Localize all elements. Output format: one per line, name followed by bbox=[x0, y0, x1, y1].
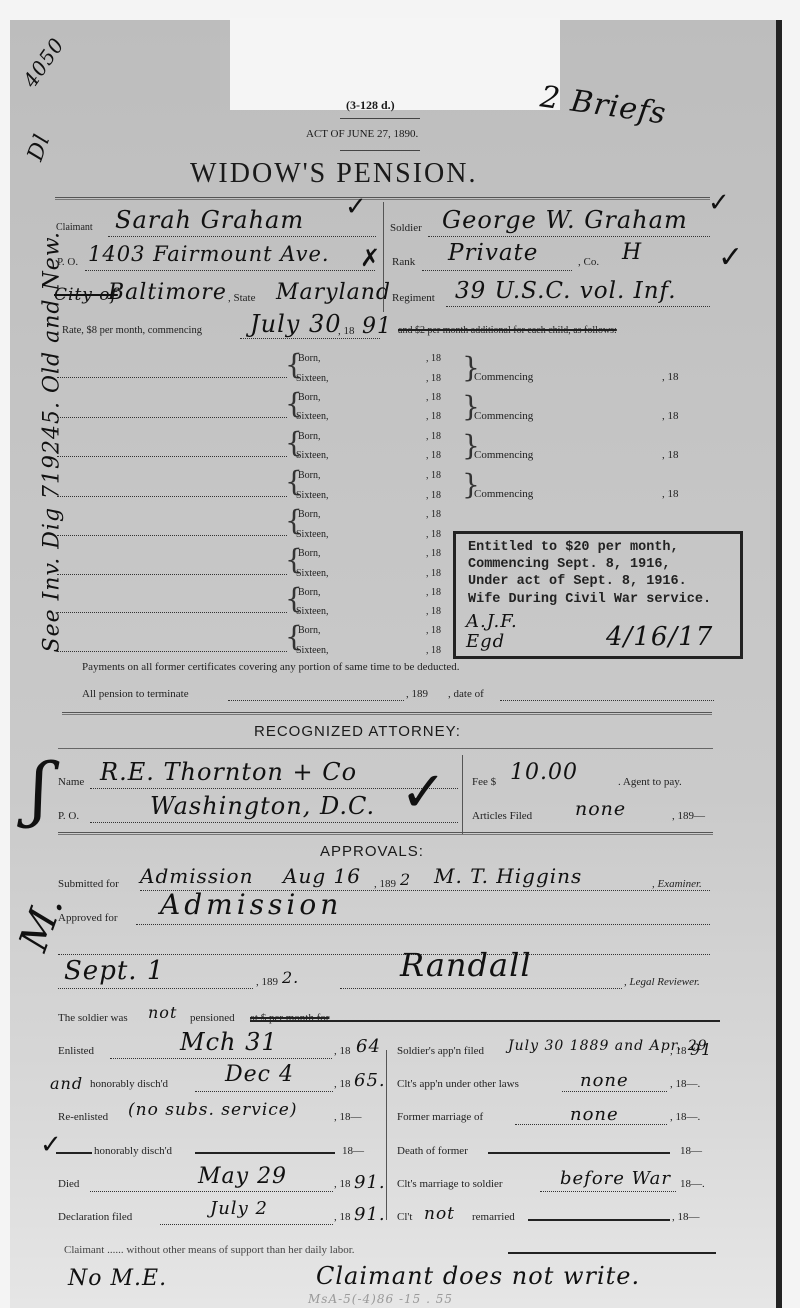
submitted-label: Submitted for bbox=[58, 878, 119, 890]
declaration-label: Declaration filed bbox=[58, 1211, 132, 1223]
check-mark: ✗ bbox=[360, 244, 380, 272]
examiner-label: , Examiner. bbox=[652, 878, 702, 890]
soldier-app-year: 91 bbox=[690, 1040, 712, 1059]
attorney-name-label: Name bbox=[58, 776, 84, 788]
other-laws-year: , 18—. bbox=[670, 1078, 700, 1090]
soldier-label: Soldier bbox=[390, 222, 422, 234]
stamp-initials: A.J.F. Egd bbox=[466, 612, 546, 652]
rule bbox=[62, 712, 712, 715]
increase-stamp: Entitled to $20 per month, Commencing Se… bbox=[453, 531, 743, 659]
pensioned-suffix: pensioned bbox=[190, 1012, 235, 1024]
strike-line bbox=[528, 1219, 670, 1221]
city-value: Baltimore bbox=[108, 280, 227, 305]
archive-stamp: MsA-5(-4)86 -15 . 55 bbox=[308, 1292, 453, 1306]
field-line bbox=[85, 270, 375, 271]
legal-reviewer-label: , Legal Reviewer. bbox=[624, 976, 700, 988]
field-line bbox=[110, 1058, 332, 1059]
field-line bbox=[500, 700, 714, 701]
died-year-prefix: , 18 bbox=[334, 1178, 351, 1190]
submitted-year-prefix: , 189 bbox=[374, 878, 396, 890]
discharged2-label: honorably disch'd bbox=[94, 1145, 172, 1157]
remarried-year: , 18— bbox=[672, 1211, 700, 1223]
rate-year-prefix: , 18 bbox=[338, 325, 355, 337]
field-line bbox=[562, 1091, 667, 1092]
attorney-po-label: P. O. bbox=[58, 810, 79, 822]
attorney-bracket-mark: ʃ bbox=[30, 748, 50, 830]
enlisted-value: Mch 31 bbox=[180, 1028, 278, 1056]
pensioned-prefix: The soldier was bbox=[58, 1012, 128, 1024]
former-marriage-value: none bbox=[570, 1104, 619, 1125]
check-mark: ✓ bbox=[345, 192, 367, 222]
marriage-label: Clt's marriage to soldier bbox=[397, 1178, 503, 1190]
discharged2-year: 18— bbox=[342, 1145, 364, 1157]
paper-tab bbox=[230, 18, 560, 110]
remarried-value: not bbox=[424, 1204, 455, 1224]
regiment-value: 39 U.S.C. vol. Inf. bbox=[455, 278, 677, 304]
died-label: Died bbox=[58, 1178, 79, 1190]
soldier-value: George W. Graham bbox=[442, 206, 688, 234]
stamp-line-2: Commencing Sept. 8, 1916, bbox=[468, 557, 671, 572]
stamp-line-4: Wife During Civil War service. bbox=[468, 592, 711, 607]
enlisted-year-prefix: , 18 bbox=[334, 1045, 351, 1057]
discharged-label: honorably disch'd bbox=[90, 1078, 168, 1090]
submitted-year: 2 bbox=[400, 870, 411, 889]
pensioned-value: not bbox=[148, 1003, 177, 1022]
discharged-prefix: and bbox=[50, 1074, 83, 1093]
rate-label: Rate, $8 per month, commencing bbox=[62, 325, 202, 336]
other-laws-label: Clt's app'n under other laws bbox=[397, 1078, 519, 1090]
reenlisted-year: , 18— bbox=[334, 1111, 362, 1123]
rule bbox=[55, 197, 710, 200]
examiner-name: M. T. Higgins bbox=[434, 864, 582, 888]
field-line bbox=[90, 1191, 333, 1192]
enlisted-label: Enlisted bbox=[58, 1045, 94, 1057]
declaration-year-prefix: , 18 bbox=[334, 1211, 351, 1223]
state-label: , State bbox=[228, 292, 256, 304]
attorney-heading: RECOGNIZED ATTORNEY: bbox=[254, 723, 461, 740]
stamp-date: 4/16/17 bbox=[606, 622, 713, 652]
died-year: 91. bbox=[354, 1172, 386, 1193]
reenlisted-label: Re-enlisted bbox=[58, 1111, 108, 1123]
column-divider bbox=[462, 755, 463, 835]
discharged-year: 65. bbox=[354, 1070, 386, 1091]
divider bbox=[58, 748, 713, 749]
soldier-app-year-prefix: , 18 bbox=[670, 1045, 687, 1057]
attorney-po-value: Washington, D.C. bbox=[150, 792, 375, 820]
rate-date: July 30 bbox=[250, 310, 341, 338]
co-label: , Co. bbox=[578, 256, 599, 268]
strike-line bbox=[250, 1020, 720, 1022]
claimant-value: Sarah Graham bbox=[115, 206, 304, 234]
enlisted-year: 64 bbox=[356, 1036, 381, 1057]
rate-year: 91 bbox=[362, 314, 392, 339]
check-mark: ✓ bbox=[40, 1130, 62, 1160]
column-divider bbox=[386, 1050, 387, 1220]
act-heading: ACT OF JUNE 27, 1890. bbox=[306, 128, 418, 140]
divider bbox=[340, 150, 420, 151]
date-of-label: , date of bbox=[448, 688, 484, 700]
field-line bbox=[540, 1191, 676, 1192]
form-number: (3-128 d.) bbox=[346, 98, 395, 113]
field-line bbox=[428, 236, 710, 237]
articles-label: Articles Filed bbox=[472, 810, 532, 822]
remarried-prefix: Cl't bbox=[397, 1211, 412, 1223]
former-marriage-year: , 18—. bbox=[670, 1111, 700, 1123]
check-mark: ✓ bbox=[708, 188, 730, 218]
support-statement: Claimant ...... without other means of s… bbox=[64, 1244, 355, 1256]
field-line bbox=[240, 338, 380, 339]
discharged-value: Dec 4 bbox=[225, 1062, 294, 1087]
po-value: 1403 Fairmount Ave. bbox=[88, 242, 330, 266]
stamp-line-3: Under act of Sept. 8, 1916. bbox=[468, 574, 687, 589]
agent-label: . Agent to pay. bbox=[618, 776, 682, 788]
strike-line bbox=[508, 1252, 716, 1254]
declaration-value: July 2 bbox=[210, 1198, 268, 1219]
other-laws-value: none bbox=[580, 1070, 629, 1091]
field-line bbox=[195, 1091, 333, 1092]
co-value: H bbox=[622, 240, 642, 265]
pensioned-struck: at $ per month for bbox=[250, 1012, 329, 1024]
page-title: WIDOW'S PENSION. bbox=[190, 158, 477, 190]
approvals-heading: APPROVALS: bbox=[320, 843, 424, 860]
attorney-name-value: R.E. Thornton + Co bbox=[100, 758, 357, 786]
check-mark: ✓ bbox=[400, 760, 447, 825]
terminate-year: , 189 bbox=[406, 688, 428, 700]
strike-line bbox=[488, 1152, 670, 1154]
check-mark: ✓ bbox=[718, 240, 743, 275]
strike-line bbox=[195, 1152, 335, 1154]
field-line bbox=[446, 306, 710, 307]
fee-value: 10.00 bbox=[510, 760, 578, 785]
field-line bbox=[58, 988, 253, 989]
articles-year: , 189— bbox=[672, 810, 705, 822]
page-edge bbox=[776, 20, 782, 1308]
field-line bbox=[422, 270, 572, 271]
divider bbox=[340, 118, 420, 119]
rank-value: Private bbox=[448, 240, 538, 266]
rank-label: Rank bbox=[392, 256, 415, 268]
former-marriage-label: Former marriage of bbox=[397, 1111, 483, 1123]
marriage-value: before War bbox=[560, 1168, 671, 1189]
vertical-margin-note: See Inv. Dig 719245. Old and New. bbox=[40, 293, 65, 653]
regiment-label: Regiment bbox=[392, 292, 435, 304]
claimant-note: Claimant does not write. bbox=[316, 1262, 640, 1290]
no-me-note: No M.E. bbox=[68, 1266, 167, 1291]
declaration-year: 91. bbox=[354, 1204, 386, 1225]
field-line bbox=[58, 954, 710, 955]
reenlisted-value: (no subs. service) bbox=[128, 1100, 297, 1120]
field-line bbox=[108, 236, 376, 237]
rule bbox=[58, 832, 713, 835]
approved-value: Admission bbox=[160, 888, 342, 921]
field-line bbox=[340, 988, 622, 989]
stamp-line-1: Entitled to $20 per month, bbox=[468, 540, 679, 555]
submitted-value: Admission bbox=[140, 864, 253, 888]
remarried-label: remarried bbox=[472, 1211, 515, 1223]
review-date: Sept. 1 bbox=[64, 956, 164, 986]
legal-reviewer-signature: Randall bbox=[400, 946, 532, 984]
death-former-year: 18— bbox=[680, 1145, 702, 1157]
fee-label: Fee $ bbox=[472, 776, 496, 788]
field-line bbox=[136, 924, 710, 925]
state-value: Maryland bbox=[276, 280, 391, 305]
review-year: 2. bbox=[282, 968, 299, 987]
discharged-year-prefix: , 18 bbox=[334, 1078, 351, 1090]
review-year-prefix: , 189 bbox=[256, 976, 278, 988]
died-value: May 29 bbox=[198, 1164, 287, 1189]
terminate-label: All pension to terminate bbox=[82, 688, 189, 700]
marriage-year: 18—. bbox=[680, 1178, 705, 1190]
field-line bbox=[228, 700, 404, 701]
claimant-label: Claimant bbox=[56, 222, 93, 233]
field-line bbox=[160, 1224, 333, 1225]
struck-child-clause: and $2 per month additional for each chi… bbox=[398, 325, 617, 336]
submitted-date: Aug 16 bbox=[283, 864, 361, 888]
articles-value: none bbox=[575, 798, 626, 820]
death-former-label: Death of former bbox=[397, 1145, 468, 1157]
po-label: P. O. bbox=[57, 256, 78, 268]
deduction-note: Payments on all former certificates cove… bbox=[82, 661, 460, 673]
soldier-app-label: Soldier's app'n filed bbox=[397, 1045, 484, 1057]
